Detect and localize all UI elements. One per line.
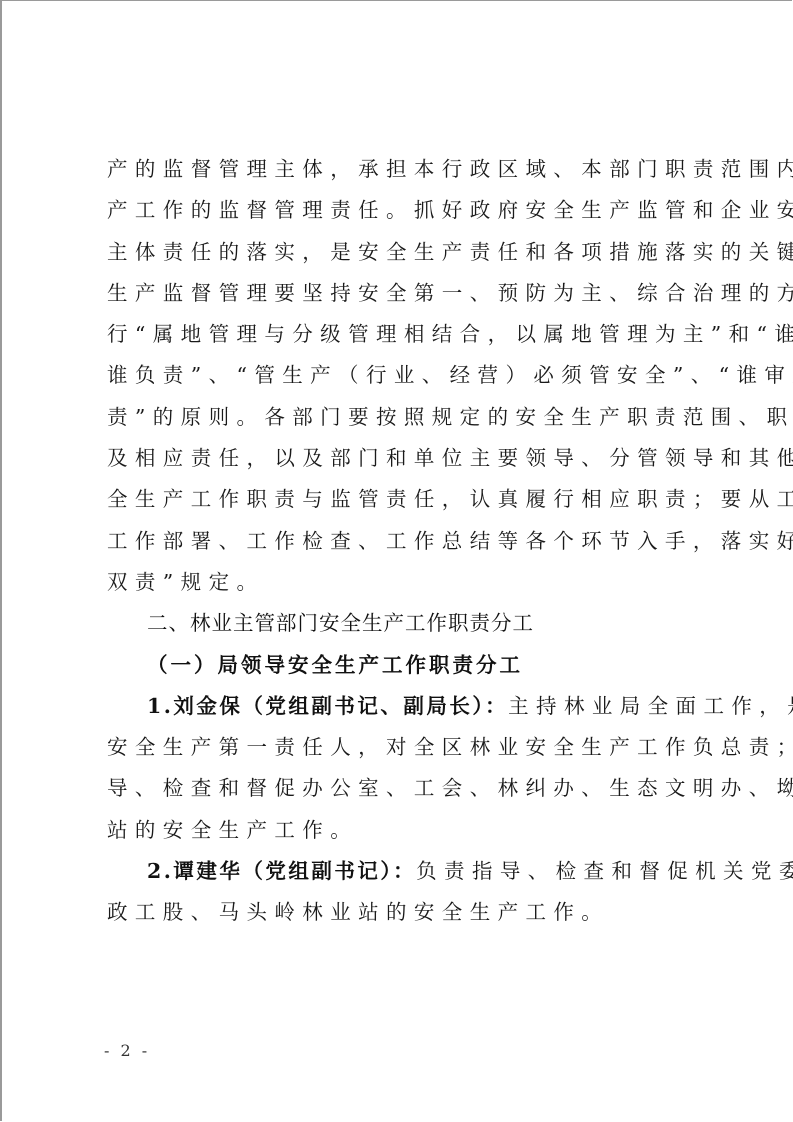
paragraph-line: 行“属地管理与分级管理相结合，以属地管理为主”和“谁主管、 [107, 314, 707, 355]
paragraph-line: 谁负责”、“管生产（行业、经营）必须管安全”、“谁审批，谁负 [107, 355, 707, 396]
paragraph-line: 生产监督管理要坚持安全第一、预防为主、综合治理的方针，实 [107, 273, 707, 314]
section-heading: 二、林业主管部门安全生产工作职责分工 [107, 603, 707, 644]
paragraph-line: 及相应责任，以及部门和单位主要领导、分管领导和其他领导安 [107, 438, 707, 479]
paragraph-line: 安全生产第一责任人，对全区林业安全生产工作负总责；负责指 [107, 727, 707, 768]
item-2-first-line: 2.谭建华（党组副书记）：负责指导、检查和督促机关党委办、 [107, 851, 707, 892]
paragraph-line: 工作部署、工作检查、工作总结等各个环节入手，落实好“一岗 [107, 521, 707, 562]
item-1-first-line: 1.刘金保（党组副书记、副局长）：主持林业局全面工作，是 [107, 686, 707, 727]
paragraph-line: 责”的原则。各部门要按照规定的安全生产职责范围、职责内容 [107, 397, 707, 438]
paragraph-line: 产的监督管理主体，承担本行政区域、本部门职责范围内安全生 [107, 149, 707, 190]
item-1-lead: 1.刘金保（党组副书记、副局长）： [147, 694, 508, 718]
subsection-heading: （一）局领导安全生产工作职责分工 [107, 645, 707, 686]
item-2-text: 负责指导、检查和督促机关党委办、 [416, 859, 793, 883]
paragraph-line: 站的安全生产工作。 [107, 810, 707, 851]
paragraph-line: 产工作的监督管理责任。抓好政府安全生产监管和企业安全生产 [107, 190, 707, 231]
paragraph-line: 全生产工作职责与监管责任，认真履行相应职责；要从工作分工、 [107, 479, 707, 520]
paragraph-line: 导、检查和督促办公室、工会、林纠办、生态文明办、坳上林业 [107, 768, 707, 809]
page-number: - 2 - [104, 1041, 150, 1060]
paragraph-line: 政工股、马头岭林业站的安全生产工作。 [107, 892, 707, 933]
item-2-lead: 2.谭建华（党组副书记）： [147, 859, 416, 883]
document-page: 产的监督管理主体，承担本行政区域、本部门职责范围内安全生 产工作的监督管理责任。… [0, 0, 792, 1121]
paragraph-line: 主体责任的落实，是安全生产责任和各项措施落实的关键。安全 [107, 232, 707, 273]
item-1-text: 主持林业局全面工作，是 [508, 694, 793, 718]
paragraph-line: 双责”规定。 [107, 562, 707, 603]
document-body: 产的监督管理主体，承担本行政区域、本部门职责范围内安全生 产工作的监督管理责任。… [107, 149, 707, 934]
